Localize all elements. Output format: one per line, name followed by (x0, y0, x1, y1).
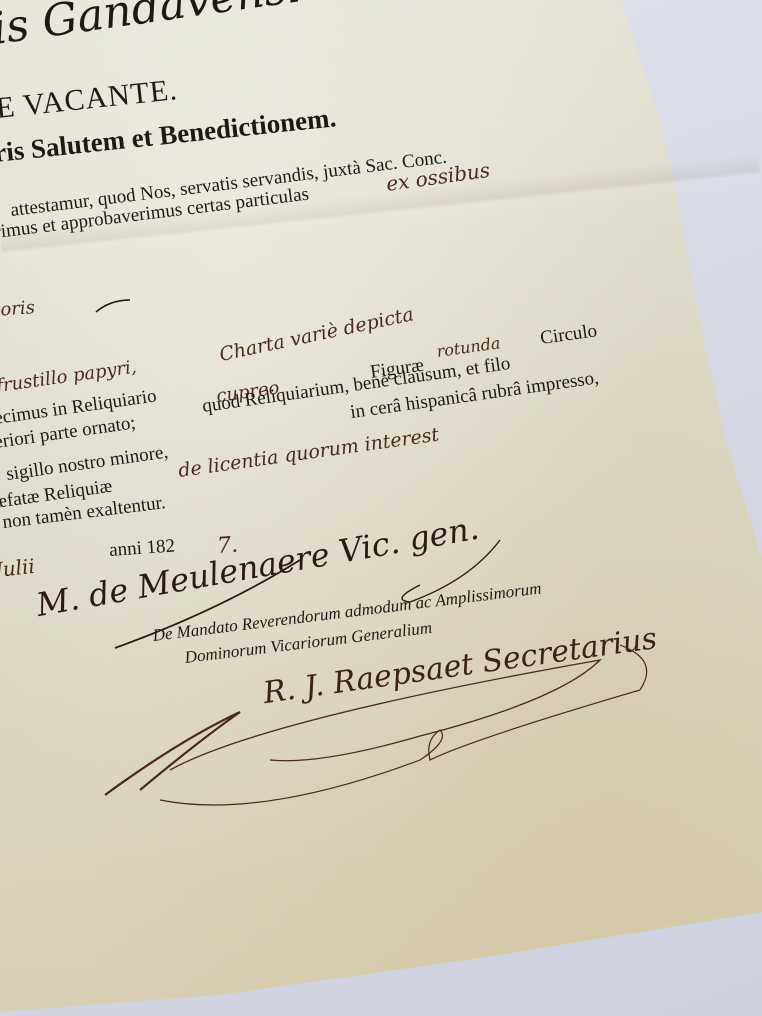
handwritten-julii: Julii (0, 554, 36, 582)
body-line-anni: anni 182 (108, 535, 175, 562)
handwritten-toris: toris (0, 297, 36, 321)
